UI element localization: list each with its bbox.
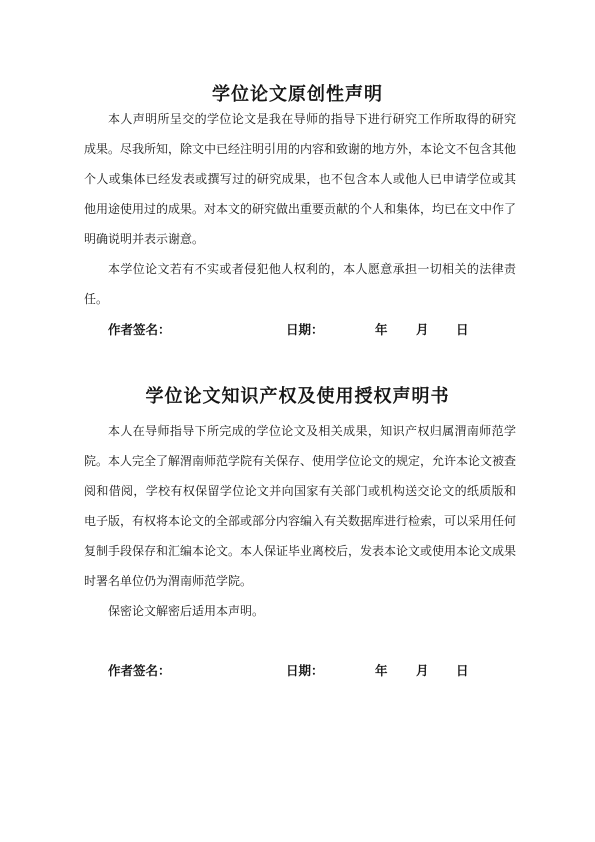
section2-body: 本人在导师指导下所完成的学位论文及相关成果，知识产权归属渭南师范学 院。本人完全… bbox=[84, 416, 516, 626]
section2-signature-row: 作者签名： 日期： 年 月 日 bbox=[0, 661, 595, 681]
year-label: 年 bbox=[375, 320, 388, 338]
year-label: 年 bbox=[375, 661, 388, 679]
section1-title: 学位论文原创性声明 bbox=[0, 83, 595, 105]
month-label: 月 bbox=[416, 320, 429, 338]
body-line: 他用途使用过的成果。对本文的研究做出重要贡献的个人和集体，均已在文中作了 bbox=[84, 194, 516, 224]
author-signature-label: 作者签名： bbox=[108, 320, 171, 338]
body-line: 电子版，有权将本论文的全部或部分内容编入有关数据库进行检索，可以采用任何 bbox=[84, 506, 516, 536]
body-line: 复制手段保存和汇编本论文。本人保证毕业离校后，发表本论文或使用本论文成果 bbox=[84, 536, 516, 566]
body-line: 个人或集体已经发表或撰写过的研究成果，也不包含本人或他人已申请学位或其 bbox=[84, 164, 516, 194]
document-page: 学位论文原创性声明 本人声明所呈交的学位论文是我在导师的指导下进行研究工作所取得… bbox=[0, 0, 595, 842]
body-line: 本人在导师指导下所完成的学位论文及相关成果，知识产权归属渭南师范学 bbox=[84, 416, 516, 446]
day-label: 日 bbox=[456, 661, 469, 679]
section1-body: 本人声明所呈交的学位论文是我在导师的指导下进行研究工作所取得的研究 成果。尽我所… bbox=[84, 104, 516, 314]
body-line: 保密论文解密后适用本声明。 bbox=[84, 596, 516, 626]
author-signature-label: 作者签名： bbox=[108, 661, 171, 679]
section2-title: 学位论文知识产权及使用授权声明书 bbox=[0, 385, 595, 407]
date-label: 日期： bbox=[286, 320, 324, 338]
body-line: 任。 bbox=[84, 284, 516, 314]
body-line: 本学位论文若有不实或者侵犯他人权利的，本人愿意承担一切相关的法律责 bbox=[84, 254, 516, 284]
body-line: 明确说明并表示谢意。 bbox=[84, 224, 516, 254]
body-line: 时署名单位仍为渭南师范学院。 bbox=[84, 566, 516, 596]
body-line: 院。本人完全了解渭南师范学院有关保存、使用学位论文的规定，允许本论文被查 bbox=[84, 446, 516, 476]
body-line: 成果。尽我所知，除文中已经注明引用的内容和致谢的地方外，本论文不包含其他 bbox=[84, 134, 516, 164]
body-line: 阅和借阅，学校有权保留学位论文并向国家有关部门或机构送交论文的纸质版和 bbox=[84, 476, 516, 506]
body-line: 本人声明所呈交的学位论文是我在导师的指导下进行研究工作所取得的研究 bbox=[84, 104, 516, 134]
day-label: 日 bbox=[456, 320, 469, 338]
date-label: 日期： bbox=[286, 661, 324, 679]
month-label: 月 bbox=[416, 661, 429, 679]
section1-signature-row: 作者签名： 日期： 年 月 日 bbox=[0, 320, 595, 340]
